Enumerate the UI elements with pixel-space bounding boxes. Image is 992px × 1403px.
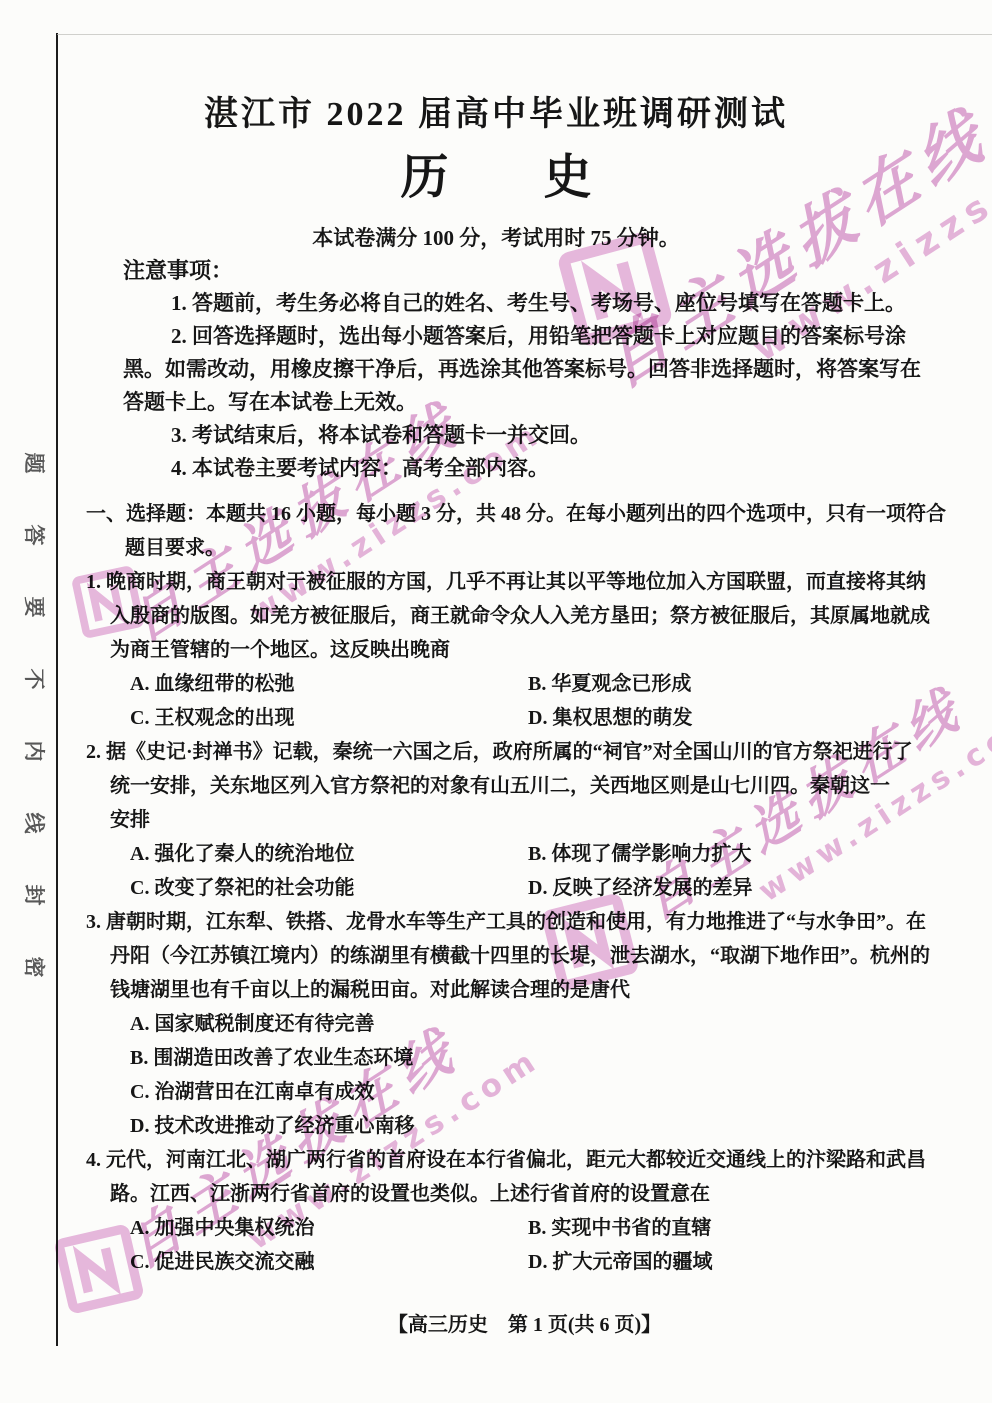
page-footer: 【高三历史 第 1 页(共 6 页)】 <box>57 1308 992 1337</box>
exam-info-line: 本试卷满分 100 分，考试用时 75 分钟。 <box>0 222 992 252</box>
text-line: 钱塘湖里也有千亩以上的漏税田亩。对此解读合理的是唐代 <box>86 973 942 1007</box>
text-line: 2. 据《史记·封禅书》记载，秦统一六国之后，政府所属的“祠官”对全国山川的官方… <box>86 735 942 769</box>
text-line: 丹阳（今江苏镇江境内）的练湖里有横截十四里的长堤，泄去湖水，“取湖下地作田”。杭… <box>86 939 942 973</box>
notice-block: 1. 答题前，考生务必将自己的姓名、考生号、考场号、座位号填写在答题卡上。2. … <box>123 287 923 485</box>
option-line: C. 治湖营田在江南卓有成效 <box>86 1075 942 1109</box>
options-row: A. 强化了秦人的统治地位B. 体现了儒学影响力扩大 <box>86 837 942 871</box>
seal-char: 题 <box>20 448 50 478</box>
text-line: 题目要求。 <box>86 531 942 565</box>
option-cell: D. 反映了经济发展的差异 <box>528 871 752 905</box>
seal-char: 要 <box>20 592 50 622</box>
option-cell: A. 加强中央集权统治 <box>130 1211 528 1245</box>
text-line: 1. 晚商时期，商王朝对于被征服的方国，几乎不再让其以平等地位加入方国联盟，而直… <box>86 565 942 599</box>
page-title: 湛江市 2022 届高中毕业班调研测试 <box>0 86 992 135</box>
option-cell: A. 血缘纽带的松弛 <box>130 667 528 701</box>
seal-char: 答 <box>20 520 50 550</box>
text-line: 4. 元代，河南江北、湖广两行省的首府设在本行省偏北，距元大都较近交通线上的汴梁… <box>86 1143 942 1177</box>
options-row: C. 改变了祭祀的社会功能D. 反映了经济发展的差异 <box>86 871 942 905</box>
options-row: A. 加强中央集权统治B. 实现中书省的直辖 <box>86 1211 942 1245</box>
subject-title: 历史 <box>0 138 992 207</box>
text-line: 4. 本试卷主要考试内容：高考全部内容。 <box>123 452 923 485</box>
questions-block: 一、选择题：本题共 16 小题，每小题 3 分，共 48 分。在每小题列出的四个… <box>86 497 942 1279</box>
seal-char: 封 <box>20 880 50 910</box>
option-cell: D. 集权思想的萌发 <box>528 701 692 735</box>
text-line: 入殷商的版图。如羌方被征服后，商王就命令众人入羌方垦田；祭方被征服后，其原属地就… <box>86 599 942 633</box>
text-line: 2. 回答选择题时，选出每小题答案后，用铅笔把答题卡上对应题目的答案标号涂 <box>123 320 923 353</box>
text-line: 3. 唐朝时期，江东犁、铁搭、龙骨水车等生产工具的创造和使用，有力地推进了“与水… <box>86 905 942 939</box>
options-row: C. 王权观念的出现D. 集权思想的萌发 <box>86 701 942 735</box>
text-line: 一、选择题：本题共 16 小题，每小题 3 分，共 48 分。在每小题列出的四个… <box>86 497 942 531</box>
text-line: 1. 答题前，考生务必将自己的姓名、考生号、考场号、座位号填写在答题卡上。 <box>123 287 923 320</box>
text-line: 安排 <box>86 803 942 837</box>
text-line: 黑。如需改动，用橡皮擦干净后，再选涂其他答案标号。回答非选择题时，将答案写在 <box>123 353 923 386</box>
text-line: 3. 考试结束后，将本试卷和答题卡一并交回。 <box>123 419 923 452</box>
text-line: 统一安排，关东地区列入官方祭祀的对象有山五川二，关西地区则是山七川四。秦朝这一 <box>86 769 942 803</box>
seal-char: 密 <box>20 952 50 982</box>
text-line: 答题卡上。写在本试卷上无效。 <box>123 386 923 419</box>
text-line: 为商王管辖的一个地区。这反映出晚商 <box>86 633 942 667</box>
option-line: A. 国家赋税制度还有待完善 <box>86 1007 942 1041</box>
option-line: D. 技术改进推动了经济重心南移 <box>86 1109 942 1143</box>
exam-paper-page: 题答要不内线封密 湛江市 2022 届高中毕业班调研测试 历史 本试卷满分 10… <box>0 0 992 1403</box>
option-cell: C. 改变了祭祀的社会功能 <box>130 871 528 905</box>
options-row: A. 血缘纽带的松弛B. 华夏观念已形成 <box>86 667 942 701</box>
top-border-line <box>57 34 992 35</box>
option-cell: A. 强化了秦人的统治地位 <box>130 837 528 871</box>
options-row: C. 促进民族交流交融D. 扩大元帝国的疆域 <box>86 1245 942 1279</box>
option-line: B. 围湖造田改善了农业生态环境 <box>86 1041 942 1075</box>
seal-char: 线 <box>20 808 50 838</box>
option-cell: B. 实现中书省的直辖 <box>528 1211 711 1245</box>
text-line: 路。江西、江浙两行省首府的设置也类似。上述行省首府的设置意在 <box>86 1177 942 1211</box>
option-cell: B. 华夏观念已形成 <box>528 667 691 701</box>
option-cell: D. 扩大元帝国的疆域 <box>528 1245 712 1279</box>
option-cell: C. 王权观念的出现 <box>130 701 528 735</box>
option-cell: B. 体现了儒学影响力扩大 <box>528 837 751 871</box>
seal-char: 不 <box>20 664 50 694</box>
option-cell: C. 促进民族交流交融 <box>130 1245 528 1279</box>
notice-heading: 注意事项： <box>123 254 233 285</box>
seal-char: 内 <box>20 736 50 766</box>
